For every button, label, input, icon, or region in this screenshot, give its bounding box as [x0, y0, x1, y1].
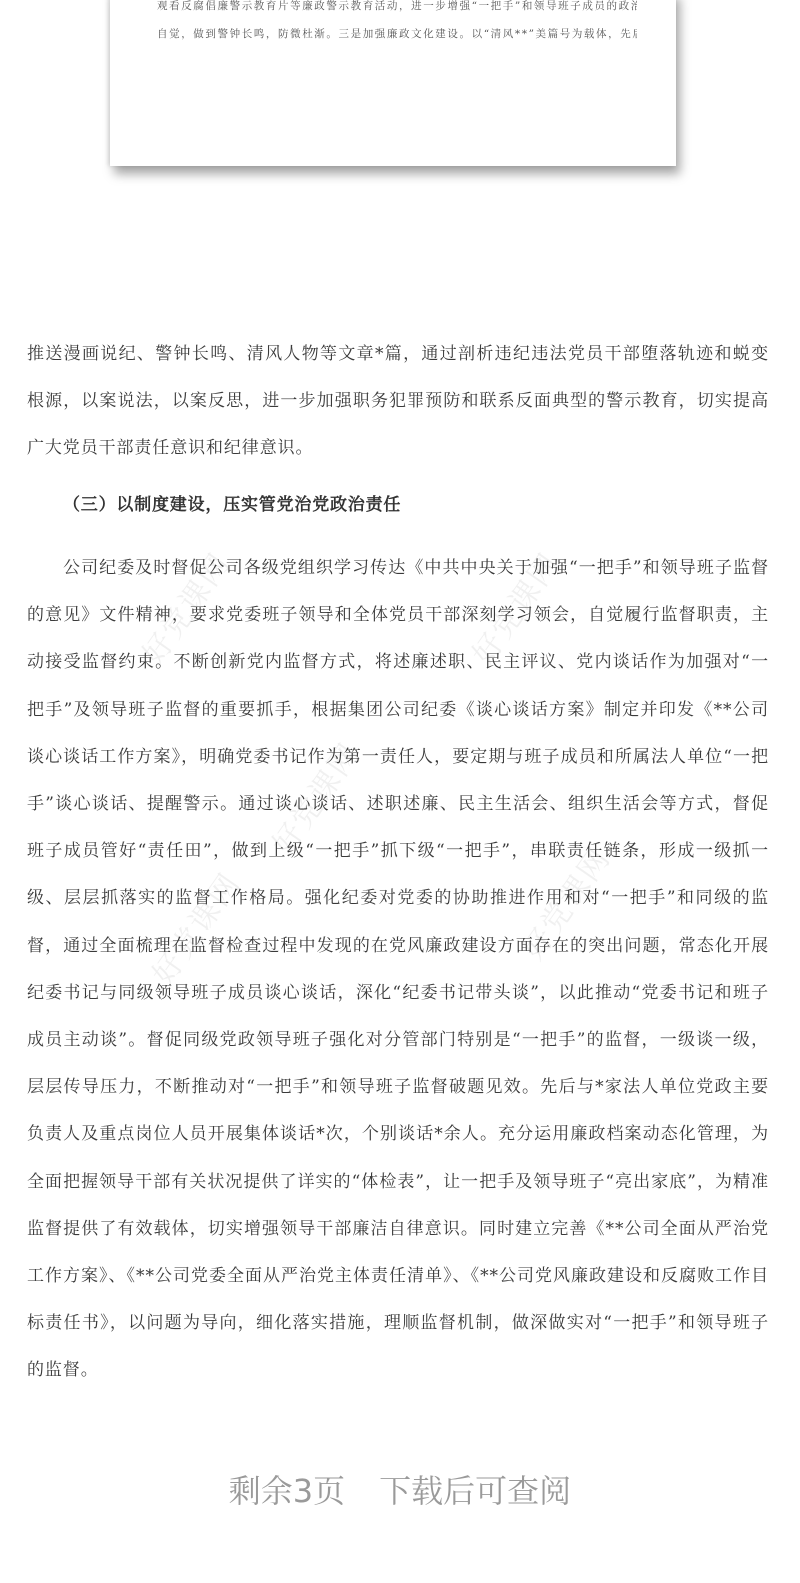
preview-page-card: 观看反腐倡廉警示教育片等廉政警示教育活动，进一步增强“一把手”和领导班子成员的政… — [110, 0, 676, 166]
preview-line-1: 观看反腐倡廉警示教育片等廉政警示教育活动，进一步增强“一把手”和领导班子成员的政… — [157, 0, 637, 13]
download-hint-label: 下载后可查阅 — [379, 1466, 571, 1512]
remaining-pages-label: 剩余3页 — [229, 1466, 345, 1512]
remaining-pages-notice[interactable]: 剩余3页下载后可查阅 — [0, 1466, 800, 1512]
section-heading: （三）以制度建设，压实管党治党政治责任 — [63, 490, 401, 515]
document-paragraph-1: 推送漫画说纪、警钟长鸣、清风人物等文章*篇，通过剖析违纪违法党员干部堕落轨迹和蜕… — [27, 331, 769, 473]
document-paragraph-2: 公司纪委及时督促公司各级党组织学习传达《中共中央关于加强“一把手”和领导班子监督… — [27, 545, 769, 1395]
preview-line-2: 自觉，做到警钟长鸣，防微杜渐。三是加强廉政文化建设。以“清风**”美篇号为载体，… — [157, 26, 637, 41]
